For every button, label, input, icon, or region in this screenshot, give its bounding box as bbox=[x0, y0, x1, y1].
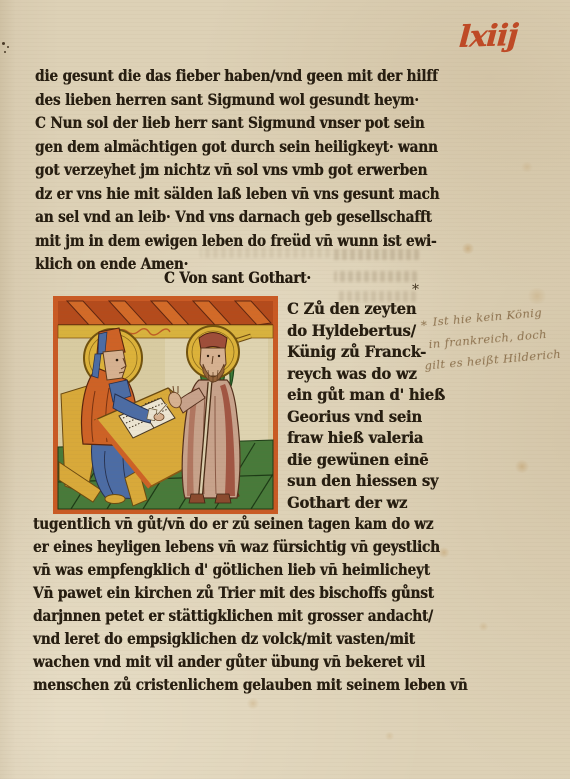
folio-number: lxiij bbox=[458, 21, 518, 53]
text-line: C Zů den zeyten bbox=[287, 301, 416, 317]
foxing-spot bbox=[246, 698, 260, 709]
text-line: dz er vns hie mit sälden laß leben vn̄ v… bbox=[35, 186, 439, 202]
text-line: er eines heyligen lebens vn̄ waz fürsich… bbox=[33, 539, 440, 555]
pilgrim-foot bbox=[215, 494, 231, 503]
text-line: sun den hiessen sy bbox=[287, 473, 438, 489]
foxing-spot bbox=[520, 162, 534, 172]
woodcut-illustration bbox=[53, 296, 278, 514]
text-line: gen dem almächtigen got durch sein heili… bbox=[35, 139, 438, 155]
ink-speck bbox=[4, 51, 6, 53]
text-line: Georius vnd sein bbox=[287, 409, 422, 425]
text-line: fraw hieß valeria bbox=[287, 430, 423, 446]
marginalia-asterisk: * bbox=[421, 319, 428, 332]
text-line: Gothart der wz bbox=[287, 495, 407, 511]
ink-speck bbox=[2, 42, 5, 45]
ink-speck bbox=[7, 46, 9, 48]
lintel-strip bbox=[58, 325, 273, 338]
text-line: menschen zů cristenlichem gelauben mit s… bbox=[33, 677, 467, 693]
bishop-shoe bbox=[105, 495, 125, 504]
text-line: ein gůt man d' hieß bbox=[287, 387, 445, 403]
ceiling-beams bbox=[58, 301, 273, 325]
text-line: do Hyldebertus/ bbox=[287, 323, 416, 339]
foxing-spot bbox=[514, 460, 530, 473]
foxing-spot bbox=[384, 732, 395, 740]
marginalia-note: * Ist hie kein König in frankreich, doch… bbox=[418, 301, 567, 314]
text-line: Künig zů Franck- bbox=[287, 344, 426, 360]
manuscript-page: lxiij die gesunt die das fieber haben/vn… bbox=[0, 0, 570, 779]
text-line: Vn̄ pawet ein kirchen zů Trier mit des b… bbox=[33, 585, 434, 601]
text-line: darjnnen petet er stättigklichen mit gro… bbox=[33, 608, 433, 624]
text-line: mit jm in dem ewigen leben do freüd vn̄ … bbox=[35, 233, 436, 249]
bishop-hand bbox=[154, 413, 164, 420]
marginalia-line: gilt es heißt Hilderich bbox=[424, 349, 561, 372]
text-line: die gesunt die das fieber haben/vnd geen… bbox=[35, 68, 438, 84]
text-line: vn̄ was empfengklich d' götlichen lieb v… bbox=[33, 562, 430, 578]
text-line: C Nun sol der lieb herr sant Sigmund vns… bbox=[35, 115, 424, 131]
foxing-spot bbox=[526, 288, 548, 304]
showthrough-text bbox=[334, 271, 417, 282]
showthrough-text bbox=[331, 249, 419, 260]
text-line: die gewünen einē bbox=[287, 452, 428, 468]
text-line: vnd leret do empsigklichen dz volck/mit … bbox=[33, 631, 415, 647]
text-line: wachen vnd mit vil ander gůter übung vn̄… bbox=[33, 654, 425, 670]
marginalia-line: in frankreich, doch bbox=[428, 329, 547, 351]
text-line: got verzeyhet jm nichtz vn̄ sol vns vmb … bbox=[35, 162, 427, 178]
pilgrim-foot bbox=[189, 494, 205, 503]
foxing-spot bbox=[461, 243, 475, 254]
foxing-spot bbox=[438, 547, 450, 558]
bishop-face bbox=[103, 350, 126, 380]
foxing-spot bbox=[478, 622, 489, 631]
text-line: tugentlich vn̄ gůt/vn̄ do er zů seinen t… bbox=[33, 516, 433, 532]
margin-asterisk: * bbox=[412, 283, 419, 297]
text-line: reych was do wz bbox=[287, 366, 417, 382]
text-line: an sel vnd an leib· Vnd vns darnach geb … bbox=[35, 209, 432, 225]
section-heading: C Von sant Gothart· bbox=[164, 270, 311, 286]
woodcut-svg bbox=[53, 296, 278, 514]
marginalia-line: Ist hie kein König bbox=[432, 307, 542, 328]
text-line: des lieben herren sant Sigmund wol gesun… bbox=[35, 92, 419, 108]
